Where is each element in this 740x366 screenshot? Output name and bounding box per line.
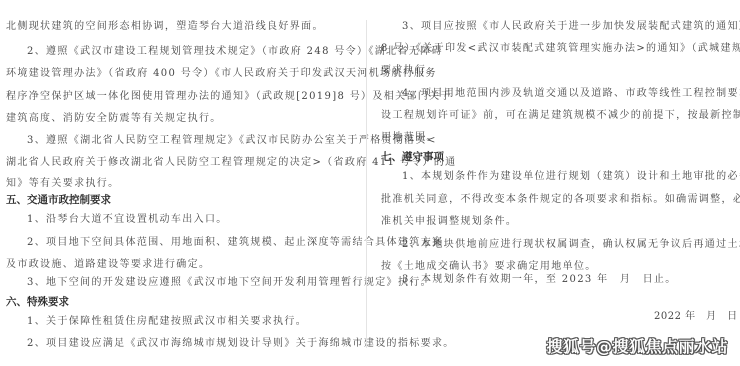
paragraph-line: 1、关于保障性租赁住房配建按照武汉市相关要求执行。	[27, 316, 307, 328]
paragraph-line: 要求执行。	[381, 65, 438, 77]
paragraph-line: 2、本地块供地前应进行现状权属调查，确认权属无争议后再通过土地市场招拍挂，	[402, 239, 740, 251]
source-watermark: 搜狐号@搜狐焦点丽水站	[546, 337, 728, 357]
paragraph-line: 8 号）《关于印发<武汉市装配式建筑管理实施办法>的通知》（武城建规〔2020〕…	[381, 43, 740, 55]
paragraph-line: 批准机关同意，不得改变本条件规定的各项要求和指标。如确需调整，必须重新向原批	[381, 194, 740, 206]
paragraph-line: 北侧现状建筑的空间形态相协调，塑造琴台大道沿线良好界面。	[6, 21, 324, 33]
paragraph-line: 用地范围。	[381, 132, 438, 144]
paragraph-line: 按《土地成交确认书》要求确定用地单位。	[381, 261, 597, 273]
paragraph-line: 准机关申报调整规划条件。	[381, 216, 517, 228]
paragraph-line: 3、项目应按照《市人民政府关于进一步加快发展装配式建筑的通知》（武政规〔2017…	[402, 21, 740, 33]
paragraph-line: 1、本规划条件作为建设单位进行规划（建筑）设计和土地审批的必备条件，未经原	[402, 171, 740, 183]
paragraph-line: 及市政设施、道路建设等要求进行确定。	[6, 259, 210, 271]
signature-date: 2022 年 月 日	[654, 311, 738, 323]
paragraph-line: 3、本规划条件有效期一年，至 2023 年 月 日止。	[402, 274, 677, 286]
section-heading-compliance: 七、遵守事项	[381, 151, 444, 163]
paragraph-line: 建筑高度、消防安全防震等有关规定执行。	[6, 113, 222, 125]
paragraph-line: 1、沿琴台大道不宜设置机动车出入口。	[27, 214, 228, 226]
section-heading-traffic: 五、交通市政控制要求	[6, 194, 111, 206]
paragraph-line: 4、项目用地范围内涉及轨道交通以及道路、市政等线性工程控制要求的，在核发《建	[402, 88, 740, 100]
section-heading-special: 六、特殊要求	[6, 296, 69, 308]
paragraph-line: 设工程规划许可证》前，可在满足建筑规模不减少的前提下，按最新控制要求调整规划	[381, 110, 740, 122]
document-page-right: 3、项目应按照《市人民政府关于进一步加快发展装配式建筑的通知》（武政规〔2017…	[367, 0, 740, 366]
document-page-left: 北侧现状建筑的空间形态相协调，塑造琴台大道沿线良好界面。 2、遵照《武汉市建设工…	[0, 0, 366, 366]
paragraph-line: 知》等有关要求执行。	[6, 178, 120, 190]
